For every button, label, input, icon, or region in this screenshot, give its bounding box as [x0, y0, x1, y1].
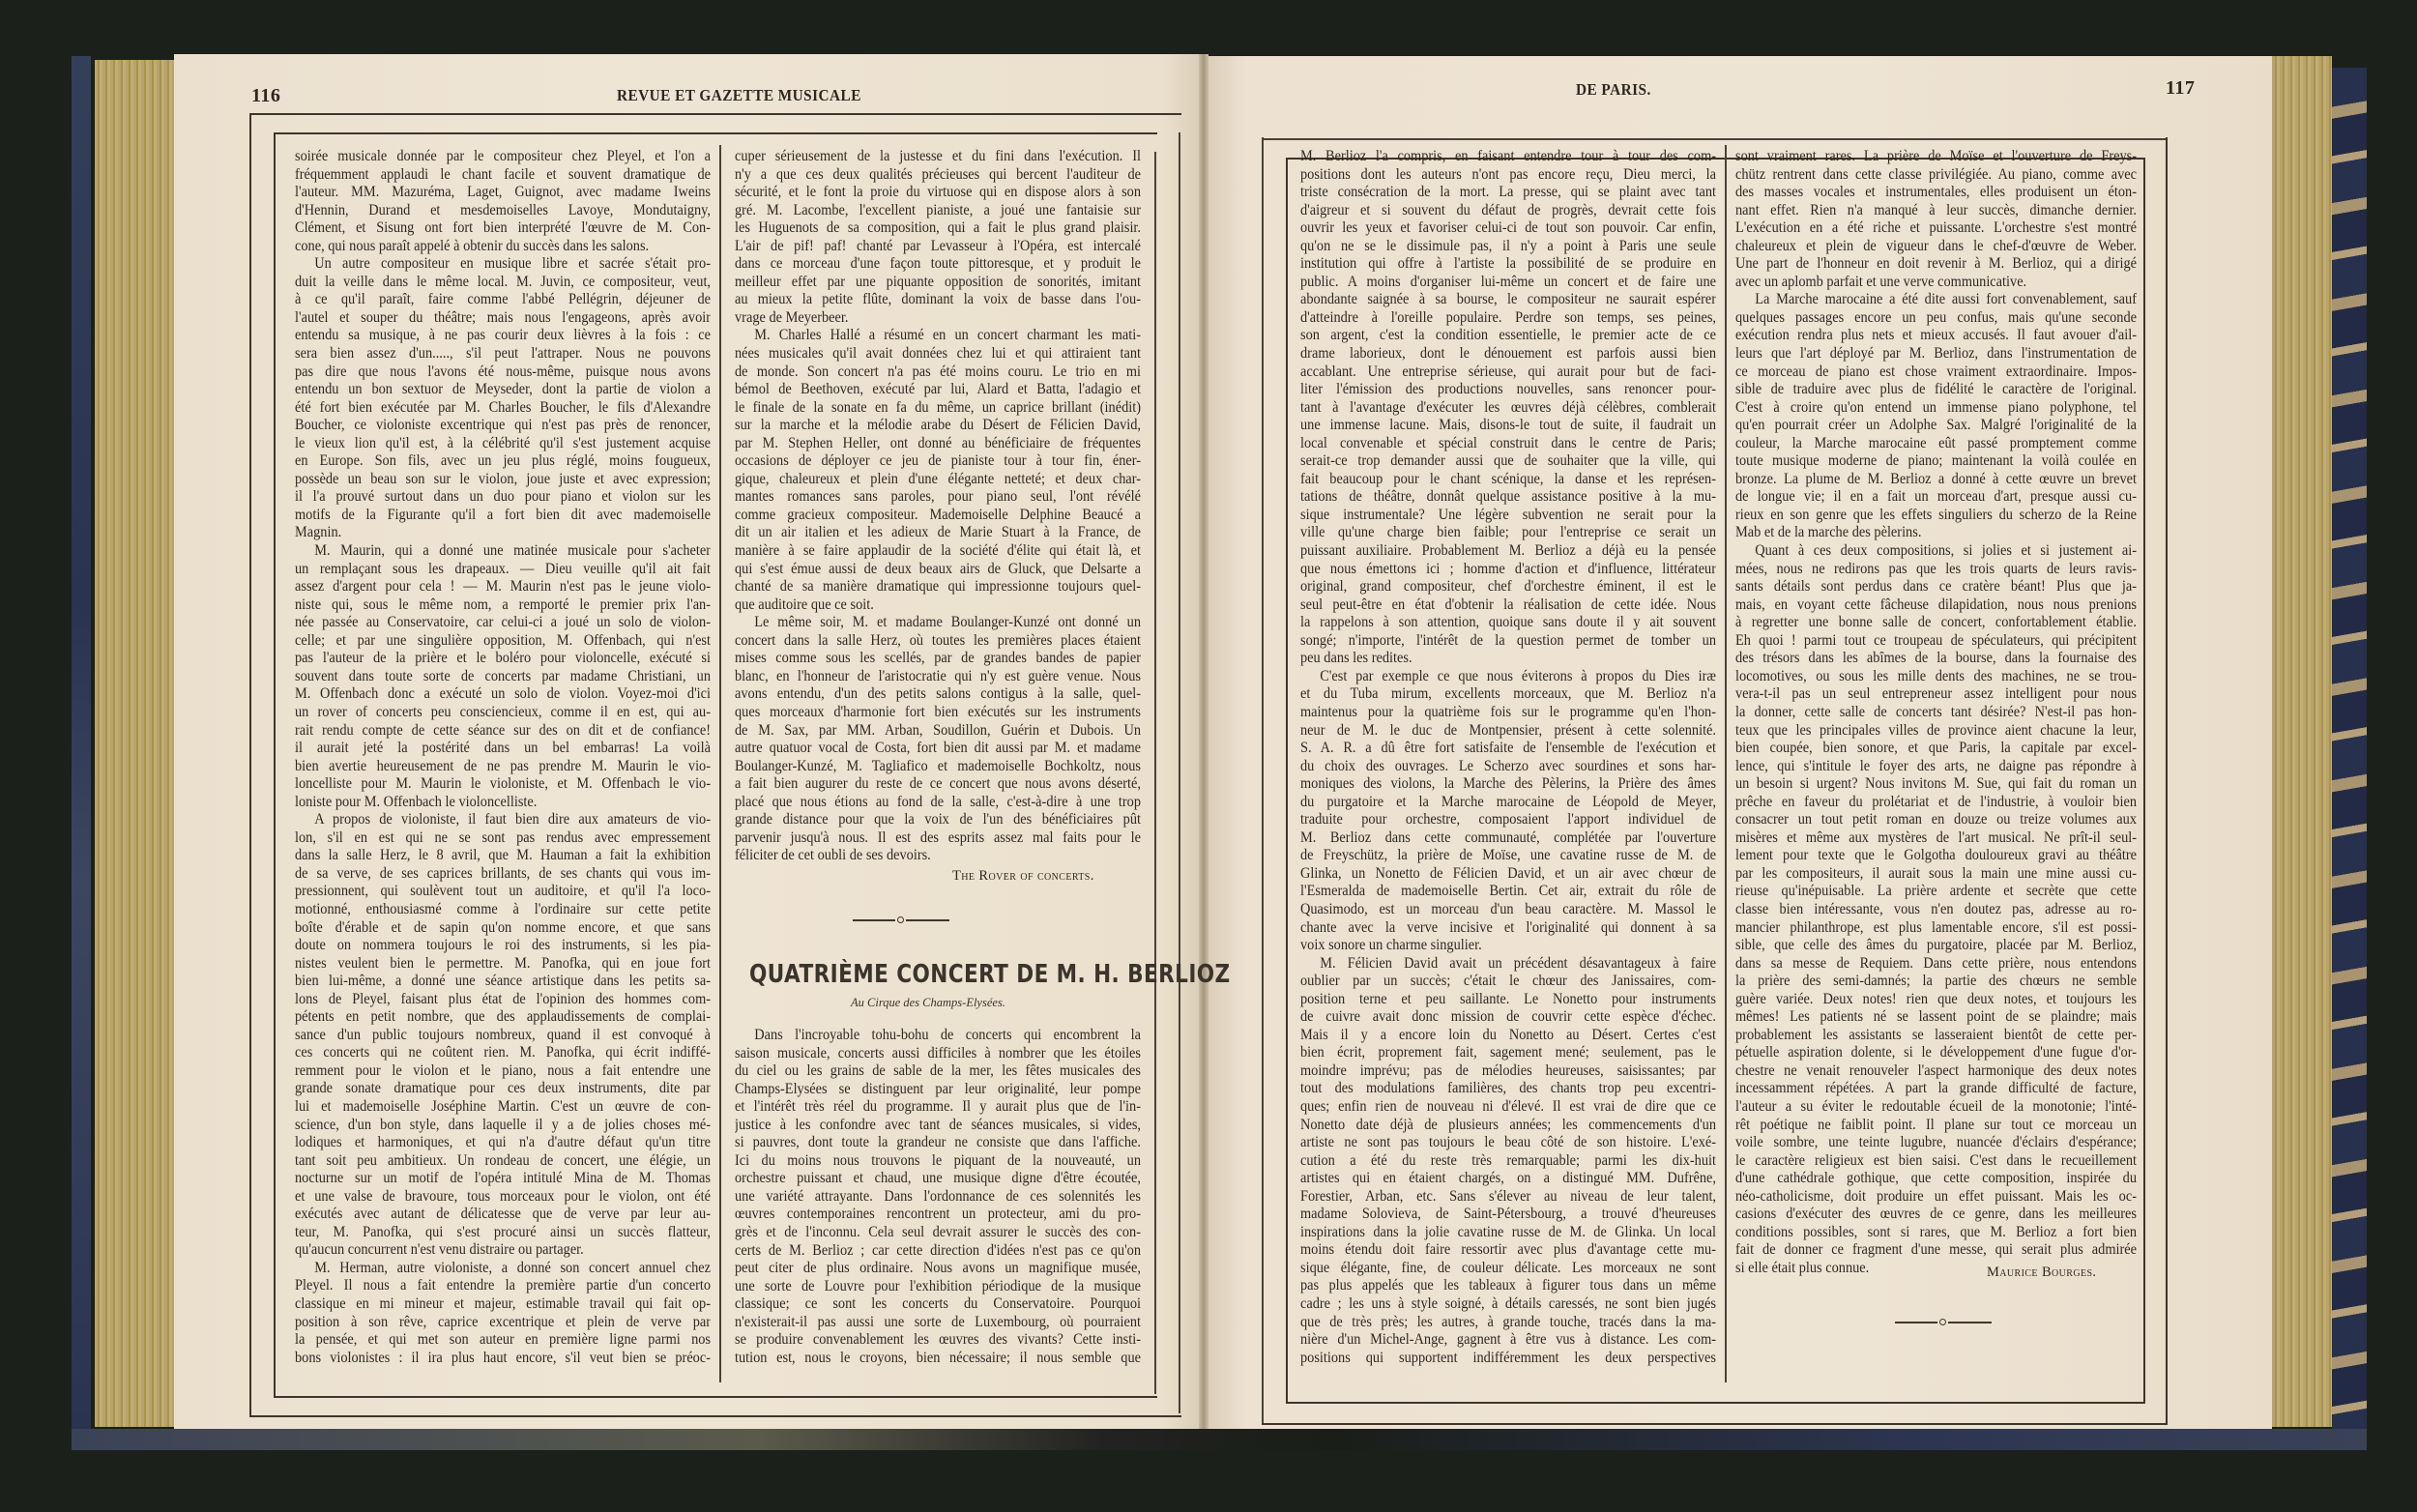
text-line: de longue vie; il en a fait un morceau d…	[1735, 488, 2137, 507]
text-line: couleur, la Marche marocaine eût passé p…	[1735, 435, 2137, 453]
text-line: Clément, et Sisung ont fort bien interpr…	[295, 219, 711, 238]
text-line: mais, en voyant cette fâcheuse dilapidat…	[1735, 596, 2137, 615]
left-page-column-1: soirée musicale donnée par le compositeu…	[295, 148, 711, 1367]
text-line: loncelliste pour M. Maurin le violoniste…	[295, 775, 711, 794]
right-page-column-1: M. Berlioz l'a compris, en faisant enten…	[1300, 148, 1716, 1367]
article-subtitle: Au Cirque des Champs-Elysées.	[851, 996, 1005, 1010]
text-line: un remplaçant sous les drapeaux. — Dieu …	[295, 561, 711, 579]
text-line: boîte d'érable et de sapin qu'on nomme e…	[295, 919, 711, 938]
text-line: lement pour texte que le Golgotha doulou…	[1735, 847, 2137, 865]
text-line: que nous émettons ici ; homme d'action e…	[1300, 561, 1716, 579]
text-line: du ciel ou les grains de sable de la mer…	[735, 1062, 1141, 1081]
text-line: institution qui offre à l'artiste la pos…	[1300, 255, 1716, 274]
text-line: M. Félicien David avait un précédent dés…	[1300, 955, 1716, 974]
fleuron-end-icon	[1895, 1319, 1992, 1326]
text-line: née passée au Conservatoire, car celui-c…	[295, 614, 711, 632]
text-line: occasions de déployer ce jeu de pianiste…	[735, 452, 1141, 471]
text-line: positions dont les auteurs n'ont pas enc…	[1300, 166, 1716, 185]
text-line: grès et de l'inconnu. Cela seul devrait …	[735, 1224, 1141, 1242]
book-cover-bottom-edge	[72, 1429, 2367, 1450]
text-line: Le même soir, M. et madame Boulanger-Kun…	[735, 614, 1141, 632]
text-line: toute musique moderne de piano; maintena…	[1735, 452, 2137, 471]
text-line: liter l'émission des productions nouvell…	[1300, 381, 1716, 399]
text-line: tant à l'avantage d'exécuter les œuvres …	[1300, 399, 1716, 418]
text-line: la rappelons à son attention, quoique sa…	[1300, 614, 1716, 632]
text-line: d'une cathédrale gothique, que cette com…	[1735, 1170, 2137, 1188]
text-line: qu'aucun concurrent n'est venu distraire…	[295, 1241, 711, 1260]
text-line: Magnin.	[295, 524, 711, 542]
book-cover-right-edge	[2332, 68, 2367, 1431]
text-line: néo-catholicisme, doit produire un effet…	[1735, 1188, 2137, 1207]
text-line: chante avec la verve incisive et l'origi…	[1300, 919, 1716, 938]
text-line: d'Hennin, Durand et mesdemoiselles Lavoy…	[295, 202, 711, 220]
text-line: S. A. R. a dû être fort satisfaite de l'…	[1300, 740, 1716, 758]
running-head-right: DE PARIS.	[1576, 80, 1651, 100]
text-line: blanc, en l'honneur de l'aristocratie qu…	[735, 668, 1141, 686]
text-line: mises comme sous les scellés, par de gra…	[735, 650, 1141, 668]
text-line: rieux en son genre que les effets singul…	[1735, 507, 2137, 525]
text-line: lence, qui s'intitule le foyer des arts,…	[1735, 758, 2137, 776]
text-line: A propos de violoniste, il faut bien dir…	[295, 811, 711, 829]
text-line: le vieux lion qu'il est, à la célébrité …	[295, 435, 711, 453]
text-line: original, grand compositeur, chef d'orch…	[1300, 578, 1716, 596]
fleuron-divider-icon	[853, 916, 949, 924]
text-line: leurs que l'art déployé par M. Berlioz, …	[1735, 345, 2137, 363]
text-line: possède un beau son sur le violon, joue …	[295, 471, 711, 489]
right-page-outer-top-rule	[1262, 138, 2166, 140]
text-line: avec un aplomb parfait et une verve comm…	[1735, 274, 2137, 292]
text-line: et l'intérêt très réel du programme. Il …	[735, 1098, 1141, 1117]
text-line: la pensée, et qui met son auteur en prem…	[295, 1331, 711, 1350]
text-line: L'exécution en a été riche et puissante.…	[1735, 219, 2137, 238]
text-line: Mais il y a encore loin du Nonetto au Dé…	[1300, 1027, 1716, 1045]
text-line: Eh quoi ! parmi tout ce troupeau de spéc…	[1735, 632, 2137, 651]
left-page-column-divider	[719, 145, 721, 1382]
text-line: si pauvres, dont toute la grandeur ne co…	[735, 1134, 1141, 1152]
text-line: fréquemment applaudi le chant facile et …	[295, 166, 711, 185]
text-line: œuvres contemporaines rencontrent un pro…	[735, 1206, 1141, 1224]
text-line: dans ce morceau d'une façon toute pittor…	[735, 255, 1141, 274]
text-line: dit un air italien et les adieux de Mari…	[735, 524, 1141, 542]
text-line: peut citer de plus ordinaire. Nous avons…	[735, 1260, 1141, 1278]
text-line: rêt poétique ne faiblit point. Il plane …	[1735, 1117, 2137, 1135]
text-line: tations de théâtre, donnât quelque assis…	[1300, 488, 1716, 507]
text-line: maintenus pour la quatrième fois sur le …	[1300, 704, 1716, 722]
page-number-left: 116	[251, 85, 280, 107]
text-line: ville qu'une charge bien faible; pour l'…	[1300, 524, 1716, 542]
text-line: souvent dans toute sorte de concerts par…	[295, 668, 711, 686]
text-line: Une part de l'honneur en doit revenir à …	[1735, 255, 2137, 274]
text-line: l'auteur. MM. Mazuréma, Laget, Guignot, …	[295, 184, 711, 202]
text-line: tant soit peu ambitieux. Un rondeau de c…	[295, 1152, 711, 1171]
text-line: sique élégante, fine, de couleur délicat…	[1300, 1260, 1716, 1278]
text-line: lon, s'il en est qui ne se sont pas rend…	[295, 829, 711, 848]
text-line: traduite pour orchestre, composaient l'a…	[1300, 811, 1716, 829]
text-line: chestre ne venait renouveler l'aspect ha…	[1735, 1062, 2137, 1081]
text-line: son argent, c'est la condition essentiel…	[1300, 327, 1716, 345]
text-line: rait rendu compte de cette séance sur de…	[295, 722, 711, 741]
article-title: QUATRIÈME CONCERT DE M. H. BERLIOZ	[749, 960, 1231, 989]
text-line: Quasimodo, est un morceau d'un beau cara…	[1300, 901, 1716, 919]
text-line: neur de M. le duc de Montpensier, présen…	[1300, 722, 1716, 741]
text-line: voix sonore un charme singulier.	[1300, 937, 1716, 955]
text-line: et une valse de bravoure, tous morceaux …	[295, 1188, 711, 1207]
text-line: Mab et de la marche des pèlerins.	[1735, 524, 2137, 542]
text-line: songé; n'importe, l'intérêt de la questi…	[1300, 632, 1716, 651]
page-stack-left	[95, 60, 174, 1427]
text-line: n'existerait-il pas aussi une sorte de L…	[735, 1314, 1141, 1332]
book-gutter	[1199, 54, 1208, 1429]
text-line: inspirations dans la jolie cavatine russ…	[1300, 1224, 1716, 1242]
text-line: de Freyschütz, la prière de Moïse, une c…	[1300, 847, 1716, 865]
text-line: sible, que celle des âmes du purgatoire,…	[1735, 937, 2137, 955]
text-line: bémol de Beethoven, exécuté par lui, Ala…	[735, 381, 1141, 399]
text-line: L'air de pif! paf! chanté par Levasseur …	[735, 238, 1141, 256]
text-line: des trésors dans les abîmes de la bourse…	[1735, 650, 2137, 668]
text-line: justice à les confondre avec tant de séa…	[735, 1117, 1141, 1135]
text-line: niste qui, sous le même nom, a remporté …	[295, 596, 711, 615]
text-line: remment pour le violon et le piano, nous…	[295, 1062, 711, 1081]
text-line: du choix des ouvrages. Le Scherzo avec s…	[1300, 758, 1716, 776]
text-line: misères et même aux mystères de l'art mu…	[1735, 829, 2137, 848]
text-line: bien coupée, bien sonore, et que Paris, …	[1735, 740, 2137, 758]
text-line: M. Berlioz l'a compris, en faisant enten…	[1300, 148, 1716, 166]
signature-maurice-bourges: Maurice Bourges.	[1987, 1265, 2096, 1281]
text-line: qu'on ne se le dissimule pas, il n'y a p…	[1300, 238, 1716, 256]
text-line: public. A moins d'organiser lui-même un …	[1300, 274, 1716, 292]
text-line: dans la salle Herz, le 8 avril, que M. H…	[295, 847, 711, 865]
text-line: chütz rentrent dans cette classe privilé…	[1735, 166, 2137, 185]
text-line: moniques des violons, la Marche des Pèle…	[1300, 775, 1716, 794]
text-line: par M. Stephen Heller, ont donné au béné…	[735, 435, 1141, 453]
text-line: féliciter de cet oubli de ses devoirs.	[735, 847, 1141, 865]
text-line: des masses vocales et instrumentales, el…	[1735, 184, 2137, 202]
text-line: science, d'un bon style, dans laquelle i…	[295, 1117, 711, 1135]
left-page-column-2-bottom: Dans l'incroyable tohu-bohu de concerts …	[735, 1027, 1141, 1367]
text-line: position à son rêve, caprice excentrique…	[295, 1314, 711, 1332]
text-line: motifs de la Figurante qu'il a fort bien…	[295, 507, 711, 525]
running-head-left: REVUE ET GAZETTE MUSICALE	[617, 86, 861, 105]
text-line: sible de traduire avec plus de fidélité …	[1735, 381, 2137, 399]
text-line: nocturne sur un motif de l'opéra intitul…	[295, 1170, 711, 1188]
text-line: serait-ce trop demander aussi que de sou…	[1300, 452, 1716, 471]
text-line: classique; ce sont les concerts du Conse…	[735, 1295, 1141, 1314]
text-line: bien avertie heureusement de ne pas pren…	[295, 758, 711, 776]
text-line: pas l'auteur de la prière et le boléro p…	[295, 650, 711, 668]
text-line: consacrer un tout petit roman en douze o…	[1735, 811, 2137, 829]
signature-rover-of-concerts: The Rover of concerts.	[952, 868, 1094, 885]
text-line: fait beaucoup pour le chant scénique, la…	[1300, 471, 1716, 489]
text-line: les Huguenots de sa composition, qui a f…	[735, 219, 1141, 238]
text-line: artistes qui en étaient chargés, on a di…	[1300, 1170, 1716, 1188]
text-line: se produire convenablement les œuvres de…	[735, 1331, 1141, 1350]
text-line: voile sombre, une teinte lugubre, nuancé…	[1735, 1134, 2137, 1152]
text-line: mêmes! Les patients né se lassent point …	[1735, 1008, 2137, 1027]
text-line: n'y a que ces deux qualités précieuses q…	[735, 166, 1141, 185]
text-line: bien écrit, proprement fait, sagement me…	[1300, 1044, 1716, 1062]
text-line: a fait bien augurer du reste de ce conce…	[735, 775, 1141, 794]
page-number-right: 117	[2166, 77, 2195, 100]
text-line: vera-t-il pas un seul entrepreneur assez…	[1735, 685, 2137, 704]
text-line: certs de M. Berlioz ; car cette directio…	[735, 1242, 1141, 1261]
text-line: ce morceau de piano est chose vraiment e…	[1735, 363, 2137, 382]
text-line: prêche en faveur du prolétariat et de l'…	[1735, 794, 2137, 812]
text-line: qu'en pourrait créer un Adolphe Sax. Mal…	[1735, 417, 2137, 435]
text-line: celle; et par une singulière opposition,…	[295, 632, 711, 651]
text-line: bons violonistes : il ira plus haut enco…	[295, 1350, 711, 1368]
text-line: mancier philanthrope, est plus lamentabl…	[1735, 919, 2137, 938]
text-line: M. Herman, autre violoniste, a donné son…	[295, 1260, 711, 1278]
text-line: abondante saignée à sa bourse, le compos…	[1300, 291, 1716, 309]
text-line: comme gracieux compositeur. Mademoiselle…	[735, 507, 1141, 525]
text-line: d'atteindre à l'oreille populaire. Perdr…	[1300, 309, 1716, 328]
text-line: nistes veulent bien le permettre. M. Pan…	[295, 955, 711, 974]
text-line: Un autre compositeur en musique libre et…	[295, 255, 711, 274]
text-line: duit la veille dans le même local. M. Ju…	[295, 274, 711, 292]
right-page-outer-left-rule	[1262, 137, 1264, 1423]
text-line: Dans l'incroyable tohu-bohu de concerts …	[735, 1027, 1141, 1045]
text-line: M. Berlioz dans cette communauté, complé…	[1300, 829, 1716, 848]
text-line: pressionnent, qui soulèvent tout un audi…	[295, 883, 711, 901]
text-line: cuper sérieusement de la justesse et du …	[735, 148, 1141, 166]
text-line: nées musicales qu'il avait données chez …	[735, 345, 1141, 363]
text-line: un rover of concerts peu consciencieux, …	[295, 704, 711, 722]
text-line: loniste pour M. Offenbach le violoncelli…	[295, 794, 711, 812]
text-line: drame laborieux, dont le dénouement est …	[1300, 345, 1716, 363]
text-line: mées, nous ne redirons pas que les trois…	[1735, 561, 2137, 579]
text-line: conditions possibles, sont si rares, que…	[1735, 1224, 2137, 1242]
text-line: ques; enfin rien de nouveau ni d'élevé. …	[1300, 1098, 1716, 1117]
text-line: autre quatuor vocal de Costa, fort bien …	[735, 740, 1141, 758]
text-line: M. Maurin, qui a donné une matinée music…	[295, 542, 711, 561]
text-line: La Marche marocaine a été dite aussi for…	[1735, 291, 2137, 309]
text-line: Champs-Elysées se distinguent par leur o…	[735, 1081, 1141, 1099]
text-line: lons de Pleyel, faisant plus état de l'o…	[295, 991, 711, 1009]
text-line: pas dire que nous l'avons été nous-même,…	[295, 363, 711, 382]
text-line: été fort bien exécutée par M. Charles Bo…	[295, 399, 711, 418]
text-line: Forestier, Arban, etc. Sans s'élever au …	[1300, 1188, 1716, 1207]
text-line: sécurité, et le font la proie du virtuos…	[735, 184, 1141, 202]
text-line: soirée musicale donnée par le compositeu…	[295, 148, 711, 166]
text-line: une variété attrayante. Dans l'ordonnanc…	[735, 1188, 1141, 1207]
text-line: lui et mademoiselle Joséphine Martin. C'…	[295, 1098, 711, 1117]
text-line: cone, qui nous paraît appelé à obtenir d…	[295, 238, 711, 256]
right-page-column-divider	[1725, 145, 1727, 1382]
text-line: moindre imprévu; pas de mélodies heureus…	[1300, 1062, 1716, 1081]
text-line: meilleur effet par une piquante oppositi…	[735, 274, 1141, 292]
text-line: moins étendu doit faire ressortir avec p…	[1300, 1241, 1716, 1260]
text-line: gique, chaleureux et plein d'une élégant…	[735, 471, 1141, 489]
text-line: de cuivre avait donc mission de couvrir …	[1300, 1008, 1716, 1027]
text-line: peu dans les redites.	[1300, 650, 1716, 668]
text-line: M. Charles Hallé a résumé en un concert …	[735, 327, 1141, 345]
text-line: classique en mi mineur et majeur, estima…	[295, 1295, 711, 1314]
text-line: le finale de la sonate en fa du même, un…	[735, 399, 1141, 418]
text-line: dans sa messe de Requiem. Dans cette pri…	[1735, 955, 2137, 974]
text-line: sants détails sont perdus dans ce cratèr…	[1735, 578, 2137, 596]
text-line: bronze. La plume de M. Berlioz a donné à…	[1735, 471, 2137, 489]
text-line: Boulanger-Kunzé, M. Tagliafico et mademo…	[735, 758, 1141, 776]
text-line: C'est à croire qu'on entend un immense p…	[1735, 399, 2137, 418]
text-line: avons entendu, d'un des petits salons co…	[735, 685, 1141, 704]
text-line: seul peut-être en état d'obtenir la réal…	[1300, 596, 1716, 615]
text-line: manière à se faire applaudir de la socié…	[735, 542, 1141, 561]
text-line: incessamment répétées. A part la grande …	[1735, 1080, 2137, 1098]
text-line: il aurait jeté la postérité dans un bel …	[295, 740, 711, 758]
text-line: ouvrir les yeux et favoriser celui-ci de…	[1300, 219, 1716, 238]
text-line: vrage de Meyerbeer.	[735, 309, 1141, 328]
text-line: et du Tuba mirum, excellents morceaux, q…	[1300, 685, 1716, 704]
text-line: l'autel et souper du théâtre; mais nous …	[295, 309, 711, 328]
text-line: parvenir jusqu'à nous. Il est des esprit…	[735, 829, 1141, 848]
text-line: le caractère religieux est bien saisi. C…	[1735, 1152, 2137, 1171]
text-line: sique instrumentale? Une légère subventi…	[1300, 507, 1716, 525]
text-line: placé que nous étions au fond de la sall…	[735, 794, 1141, 812]
text-line: accablant. Une entreprise sérieuse, qui …	[1300, 363, 1716, 382]
text-line: par les compositeurs, il aurait sous la …	[1735, 865, 2137, 884]
text-line: pétuelle aspiration dolente, si le dével…	[1735, 1044, 2137, 1062]
text-line: sera bien assez d'un....., s'il peut l'a…	[295, 345, 711, 363]
text-line: qui s'est émue aussi de deux beaux airs …	[735, 561, 1141, 579]
text-line: puissant auxiliaire. Probablement M. Ber…	[1300, 542, 1716, 561]
text-line: teur, M. Panofka, qui s'est procuré ains…	[295, 1224, 711, 1242]
text-line: la donner, cette salle de concerts tant …	[1735, 704, 2137, 722]
text-line: local convenable et spécial construit da…	[1300, 435, 1716, 453]
text-line: position terne et peu saillante. Le None…	[1300, 991, 1716, 1009]
text-line: artiste ne sont pas toujours le beau côt…	[1300, 1134, 1716, 1152]
page-stack-right	[2272, 56, 2332, 1427]
text-line: tout des modulations familières, des cha…	[1300, 1080, 1716, 1098]
text-line: il l'a prouvé surtout dans un duo pour p…	[295, 488, 711, 507]
text-line: classe bien intéressante, vous n'en dout…	[1735, 901, 2137, 919]
text-line: Boucher, ce violoniste excentrique qui n…	[295, 417, 711, 435]
text-line: au mieux la petite flûte, dominant la vo…	[735, 291, 1141, 309]
text-line: cution a été du reste très remarquable; …	[1300, 1152, 1716, 1171]
text-line: sance d'un public toujours nombreux, qua…	[295, 1027, 711, 1045]
left-page-inner-right-rule	[1154, 152, 1156, 1394]
text-line: pas plus appelés que les tableaux à figu…	[1300, 1277, 1716, 1295]
text-line: une sorte de Louvre pour l'exhibition pé…	[735, 1278, 1141, 1296]
text-line: ques morceaux d'harmonie fort bien exécu…	[735, 704, 1141, 722]
text-line: casions d'exécuter des œuvres de ce genr…	[1735, 1206, 2137, 1224]
text-line: de monde. Son concert n'a pas été moins …	[735, 363, 1141, 382]
text-line: concert dans la salle Herz, où toutes le…	[735, 632, 1141, 651]
text-line: saison musicale, concerts aussi difficil…	[735, 1045, 1141, 1063]
text-line: sont vraiment rares. La prière de Moïse …	[1735, 148, 2137, 166]
text-line: chaleureux et plein de vigueur dans le c…	[1735, 238, 2137, 256]
text-line: nant effet. Rien n'a manqué à leur succè…	[1735, 202, 2137, 220]
left-page-column-2-top: cuper sérieusement de la justesse et du …	[735, 148, 1141, 865]
text-line: motionné, enthousiasmé comme à l'ordinai…	[295, 901, 711, 919]
right-page-column-2: sont vraiment rares. La prière de Moïse …	[1735, 148, 2137, 1277]
text-line: doute on nommera toujours le roi des ins…	[295, 937, 711, 955]
text-line: tution est, nous le croyons, bien nécess…	[735, 1350, 1141, 1368]
text-line: nière d'un Michel-Ange, gagnent à être v…	[1300, 1331, 1716, 1350]
text-line: l'auteur a su éviter le redoutable écuei…	[1735, 1098, 2137, 1117]
text-line: une immense lacune. Mais, disons-le tout…	[1300, 417, 1716, 435]
text-line: locomotives, ou sous les mille dents des…	[1735, 668, 2137, 686]
text-line: exécutés avec autant de délicatesse que …	[295, 1206, 711, 1224]
text-line: Pleyel. Il nous a fait entendre la premi…	[295, 1277, 711, 1295]
text-line: quelques passages encore un peu confus, …	[1735, 309, 2137, 328]
text-line: oublier par un succès; c'était le chœur …	[1300, 973, 1716, 991]
text-line: assez d'argent pour cela ! — M. Maurin n…	[295, 578, 711, 596]
text-line: M. Offenbach donc a exécuté un solo de v…	[295, 685, 711, 704]
left-page-frame-right-rule	[1179, 132, 1180, 1413]
text-line: ces concerts qui ne coûtent rien. M. Pan…	[295, 1044, 711, 1062]
text-line: probablement les assistants se lasseraie…	[1735, 1027, 2137, 1045]
text-line: bien lui-même, a donné une séance artist…	[295, 973, 711, 991]
text-line: C'est par exemple ce que nous éviterons …	[1300, 668, 1716, 686]
text-line: de sa verve, de ses caprices brillants, …	[295, 865, 711, 884]
text-line: orchestre puissant et chaud, une musique…	[735, 1170, 1141, 1188]
text-line: gré. M. Lacombe, l'excellent pianiste, a…	[735, 202, 1141, 220]
text-line: Quant à ces deux compositions, si jolies…	[1735, 542, 2137, 561]
text-line: d'aigreur et si souvent du défaut de pro…	[1300, 202, 1716, 220]
text-line: de M. Sax, par MM. Arban, Soudillon, Gué…	[735, 722, 1141, 741]
text-line: en Europe. Son fils, avec un jeu plus ré…	[295, 452, 711, 471]
text-line: que de très près; les autres, à grande t…	[1300, 1314, 1716, 1332]
text-line: à regretter une bonne salle de concert, …	[1735, 614, 2137, 632]
text-line: la prière des semi-damnés; la partie des…	[1735, 973, 2137, 991]
text-line: teux que les principales villes de provi…	[1735, 722, 2137, 741]
text-line: grande sonate dramatique pour ces deux i…	[295, 1080, 711, 1098]
text-line: chanté de sa manière dramatique qui impr…	[735, 578, 1141, 596]
book-cover-left-edge	[72, 56, 91, 1429]
text-line: guère variée. Deux notes! rien que deux …	[1735, 991, 2137, 1009]
text-line: entendu un bon sextuor de Meyseder, dont…	[295, 381, 711, 399]
text-line: pétents en petit nombre, que des applaud…	[295, 1008, 711, 1027]
text-line: l'Esmeralda de mademoiselle Bertin. Cet …	[1300, 883, 1716, 901]
text-line: Glinka, un Nonetto de Félicien David, et…	[1300, 865, 1716, 884]
text-line: entendu sa musique, à ne pas courir deux…	[295, 327, 711, 345]
text-line: triste consécration de la mort. La press…	[1300, 184, 1716, 202]
text-line: à ce qu'il paraît, faire comme l'abbé Pe…	[295, 291, 711, 309]
text-line: positions qui supportent indifféremment …	[1300, 1350, 1716, 1368]
text-line: grande distance pour que la voix de l'un…	[735, 811, 1141, 829]
text-line: cadre ; les uns à style soigné, à détail…	[1300, 1295, 1716, 1314]
text-line: mantes romances sans paroles, pour piano…	[735, 488, 1141, 507]
text-line: lodiques et harmoniques, et qui n'a d'au…	[295, 1134, 711, 1152]
text-line: exécution rendra plus nets et mieux accu…	[1735, 327, 2137, 345]
text-line: du purgatoire et la Marche marocaine de …	[1300, 794, 1716, 812]
text-line: fait de donner ce fragment d'une messe, …	[1735, 1241, 2137, 1260]
text-line: Ici du moins nous trouvons le piquant de…	[735, 1152, 1141, 1171]
text-line: un besoin si urgent? Nous invitons M. Su…	[1735, 775, 2137, 794]
text-line: rieuse qu'inépuisable. La prière ardente…	[1735, 883, 2137, 901]
text-line: Nonetto date déjà de plusieurs années; l…	[1300, 1117, 1716, 1135]
text-line: sur la marche et la mélodie arabe du Dés…	[735, 417, 1141, 435]
text-line: madame Solovieva, de Saint-Pétersbourg, …	[1300, 1206, 1716, 1224]
text-line: que auditoire que ce soit.	[735, 596, 1141, 615]
